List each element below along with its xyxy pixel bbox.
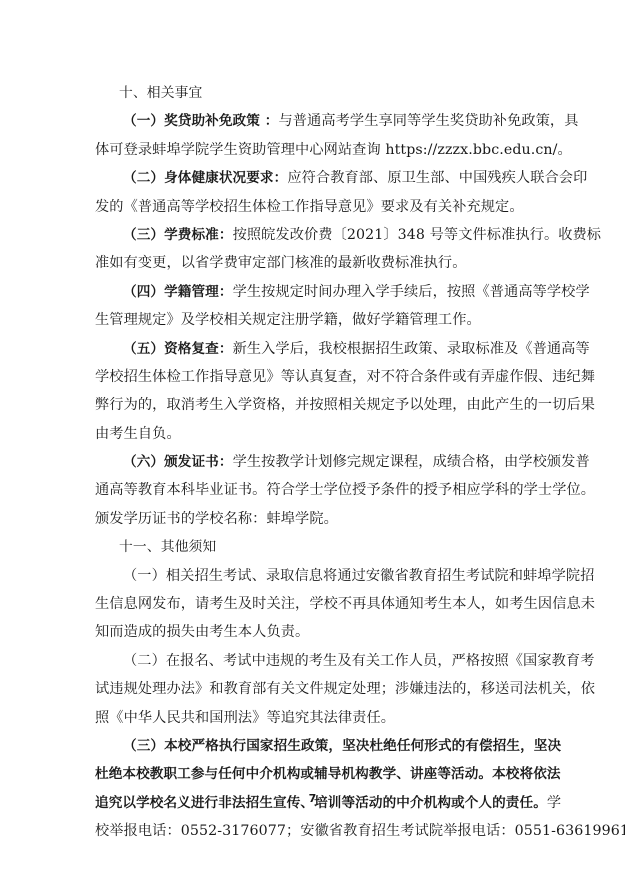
item-label: （六）颁发证书：	[123, 454, 233, 470]
paragraph-4-line-1: （四）学籍管理：学生按规定时间办理入学手续后，按照《普通高等学校学	[95, 278, 529, 306]
page-number: 7	[0, 792, 625, 805]
notice-2-line-2: 试违规处理办法》和教育部有关文件规定处理；涉嫌违法的，移送司法机关，依	[95, 675, 529, 703]
notice-3-line-2: 杜绝本校教职工参与任何中介机构或辅导机构教学、讲座等活动。本校将依法	[95, 760, 529, 788]
paragraph-4-line-2: 生管理规定》及学校相关规定注册学籍，做好学籍管理工作。	[95, 306, 529, 334]
notice-3-line-4: 校举报电话：0552-3176077；安徽省教育招生考试院举报电话：0551-6…	[95, 817, 529, 845]
notice-1-line-3: 知而造成的损失由考生本人负责。	[95, 618, 529, 646]
item-label: （一）奖贷助补免政策 ：	[123, 113, 278, 129]
paragraph-6-line-1: （六）颁发证书：学生按教学计划修完规定课程，成绩合格，由学校颁发普	[95, 448, 529, 476]
notice-1-line-2: 生信息网发布，请考生及时关注，学校不再具体通知考生本人，如考生因信息未	[95, 590, 529, 618]
notice-1-line-1: （一）相关招生考试、录取信息将通过安徽省教育招生考试院和蚌埠学院招	[95, 562, 529, 590]
paragraph-5-line-4: 由考生自负。	[95, 420, 529, 448]
paragraph-6-line-2: 通高等教育本科毕业证书。符合学士学位授予条件的授予相应学科的学士学位。	[95, 476, 529, 504]
paragraph-1-line-1: （一）奖贷助补免政策 ：与普通高考学生享同等学生奖贷助补免政策，具	[95, 107, 529, 135]
paragraph-3-line-2: 准如有变更，以省学费审定部门核准的最新收费标准执行。	[95, 249, 529, 277]
paragraph-1-line-2: 体可登录蚌埠学院学生资助管理中心网站查询 https://zzzx.bbc.ed…	[95, 136, 529, 164]
paragraph-5-line-2: 学校招生体检工作指导意见》等认真复查，对不符合条件或有弄虚作假、违纪舞	[95, 363, 529, 391]
item-label: （四）学籍管理：	[123, 284, 233, 300]
section-heading-10: 十、相关事宜	[95, 79, 529, 107]
paragraph-5-line-1: （五）资格复查：新生入学后，我校根据招生政策、录取标准及《普通高等	[95, 335, 529, 363]
paragraph-6-line-3: 颁发学历证书的学校名称：蚌埠学院。	[95, 505, 529, 533]
section-heading-11: 十一、其他须知	[95, 533, 529, 561]
paragraph-2-line-2: 发的《普通高等学校招生体检工作指导意见》要求及有关补充规定。	[95, 193, 529, 221]
notice-3-line-1: （三）本校严格执行国家招生政策，坚决杜绝任何形式的有偿招生，坚决	[95, 732, 529, 760]
notice-2-line-3: 照《中华人民共和国刑法》等追究其法律责任。	[95, 704, 529, 732]
paragraph-3-line-1: （三）学费标准：按照皖发改价费〔2021〕348 号等文件标准执行。收费标	[95, 221, 529, 249]
paragraph-5-line-3: 弊行为的，取消考生入学资格，并按照相关规定予以处理，由此产生的一切后果	[95, 391, 529, 419]
paragraph-2-line-1: （二）身体健康状况要求：应符合教育部、原卫生部、中国残疾人联合会印	[95, 164, 529, 192]
item-label: （五）资格复查：	[123, 341, 233, 357]
notice-2-line-1: （二）在报名、考试中违规的考生及有关工作人员，严格按照《国家教育考	[95, 647, 529, 675]
document-page: 十、相关事宜 （一）奖贷助补免政策 ：与普通高考学生享同等学生奖贷助补免政策，具…	[95, 79, 529, 846]
item-label: （三）学费标准：	[123, 227, 233, 243]
item-label: （二）身体健康状况要求：	[123, 170, 287, 186]
